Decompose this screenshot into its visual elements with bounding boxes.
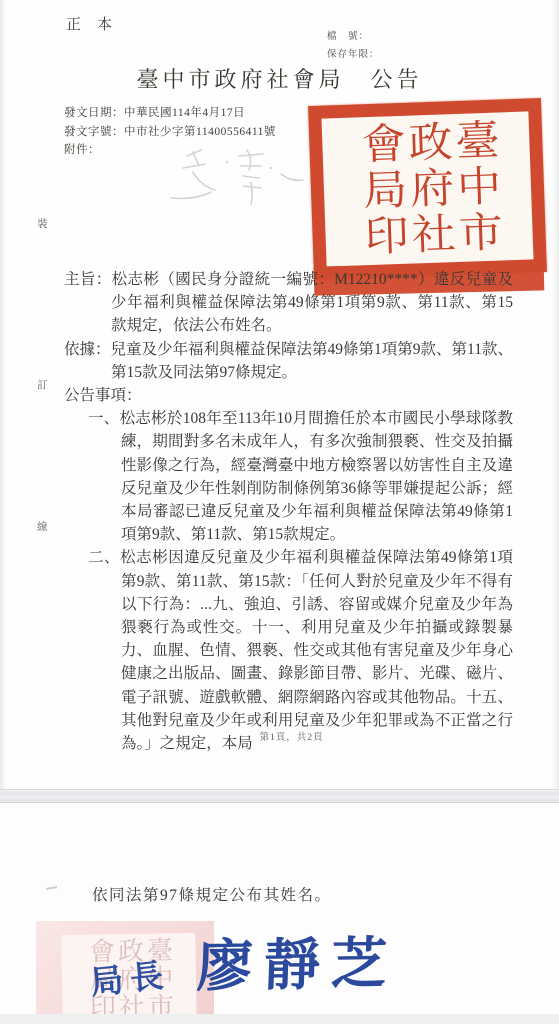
binding-mark-ding: 訂 (37, 377, 48, 392)
page-left-edge-shadow (0, 0, 6, 789)
basis-text: 兒童及少年福利與權益保障法第49條第1項第9款、第11款、第15款及同法第97條… (111, 341, 513, 381)
retention-period-label: 保存年限： (327, 46, 380, 64)
archive-info: 檔 號： 保存年限： (327, 28, 380, 64)
page-1: 正本 檔 號： 保存年限： 臺中市政府社會局 公告 發文日期：中華民國114年4… (0, 0, 559, 789)
file-number-label: 檔 號： (327, 28, 380, 46)
subject-paragraph: 主旨：松志彬（國民身分證統一編號：M12210****）違反兒童及少年福利與權益… (64, 268, 513, 338)
item-2-text: 松志彬因違反兒童及少年福利與權益保障法第49條第1項第9款、第11款、第15款：… (120, 549, 513, 752)
basis-label: 依據： (64, 341, 111, 358)
page-right-edge-shadow (552, 0, 559, 789)
scan-artifact-dash (46, 886, 57, 890)
seal-column-middle: 政府社 (403, 119, 452, 258)
item-2-number: 二、 (88, 549, 120, 566)
seal-column-right: 臺中市 (450, 118, 499, 257)
announcement-items-heading: 公告事項： (64, 384, 513, 407)
binding-mark-zhuang: 裝 (37, 216, 48, 231)
announcement-item-1: 一、松志彬於108年至113年10月間擔任於本市國民小學球隊教練，期間對多名未成… (88, 407, 513, 546)
copy-type-label: 正本 (66, 13, 128, 34)
subject-text: 松志彬（國民身分證統一編號：M12210****）違反兒童及少年福利與權益保障法… (111, 271, 513, 334)
basis-paragraph: 依據：兒童及少年福利與權益保障法第49條第1項第9款、第11款、第15款及同法第… (64, 338, 513, 384)
continuation-text: 依同法第97條規定公布其姓名。 (92, 883, 332, 905)
subject-label: 主旨： (64, 271, 112, 288)
binding-mark-xian: 線 (37, 519, 48, 534)
announcement-item-2: 二、松志彬因違反兒童及少年福利與權益保障法第49條第1項第9款、第11款、第15… (88, 546, 513, 755)
announcement-body: 主旨：松志彬（國民身分證統一編號：M12210****）違反兒童及少年福利與權益… (64, 268, 513, 755)
scanned-announcement-document: 正本 檔 號： 保存年限： 臺中市政府社會局 公告 發文日期：中華民國114年4… (0, 0, 559, 1024)
seal-column-left: 會局印 (356, 121, 405, 260)
bottom-edge-strip (0, 1014, 559, 1024)
director-signature: 廖靜芝 (196, 919, 400, 1003)
official-red-seal: 臺中市 政府社 會局印 (308, 98, 547, 280)
page-break-divider (0, 789, 559, 803)
announcement-items: 一、松志彬於108年至113年10月間擔任於本市國民小學球隊教練，期間對多名未成… (88, 407, 513, 755)
signer-title: 局長 (88, 949, 172, 1004)
item-1-text: 松志彬於108年至113年10月間擔任於本市國民小學球隊教練，期間對多名未成年人… (120, 410, 513, 543)
page-2: 依同法第97條規定公布其姓名。 臺中市 政府社 會局印 局長 廖靜芝 (0, 803, 559, 1024)
item-1-number: 一、 (88, 410, 120, 427)
document-title: 臺中市政府社會局 公告 (0, 63, 559, 94)
issue-date: 發文日期：中華民國114年4月17日 (64, 104, 276, 123)
